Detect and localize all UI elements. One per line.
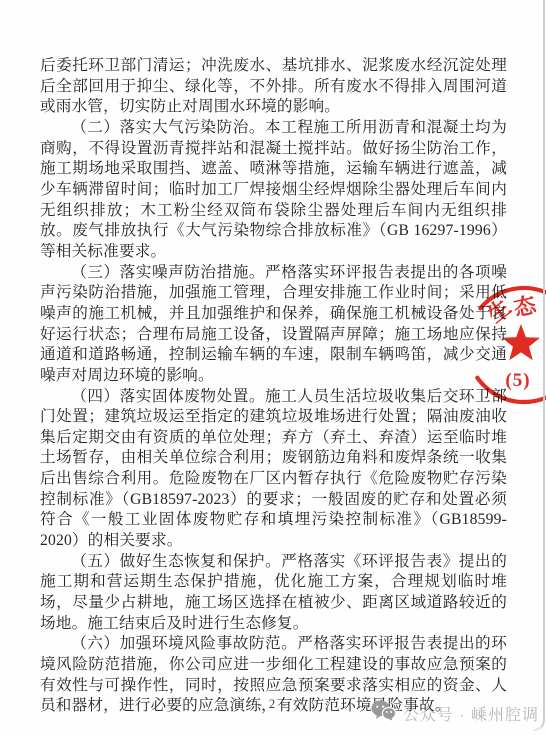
wechat-icon [371, 700, 396, 726]
star-icon [502, 324, 540, 360]
document-body: 后委托环卫部门清运；冲洗废水、基坑排水、泥浆废水经沉淀处理后全部回用于抑尘、绿化… [40, 56, 507, 717]
paragraph: （三）落实噪声防治措施。严格落实环评报告表提出的各项噪声污染防治措施，加强施工管… [40, 263, 507, 387]
watermark-label: 公众号 · 嵊州腔调 [403, 702, 539, 725]
paragraph: （四）落实固体废物处置。施工人员生活垃圾收集后交环卫部门处置；建筑垃圾运至指定的… [40, 387, 507, 552]
seal-text-char2: 态 [512, 292, 540, 321]
paragraph: （五）做好生态恢复和保护。严格落实《环评报告表》提出的施工期和营运期生态保护措施… [40, 552, 507, 635]
paragraph: 后委托环卫部门清运；冲洗废水、基坑排水、泥浆废水经沉淀处理后全部回用于抑尘、绿化… [40, 56, 507, 118]
paragraph: （二）落实大气污染防治。本工程施工所用沥青和混凝土均为商购，不得设置沥青搅拌站和… [40, 118, 507, 263]
wechat-watermark: 公众号 · 嵊州腔调 [371, 700, 539, 726]
seal-number: (5) [505, 370, 530, 391]
document-page: 后委托环卫部门清运；冲洗废水、基坑排水、泥浆废水经沉淀处理后全部回用于抑尘、绿化… [0, 0, 546, 737]
official-seal: 生 态 (5) [449, 270, 546, 420]
